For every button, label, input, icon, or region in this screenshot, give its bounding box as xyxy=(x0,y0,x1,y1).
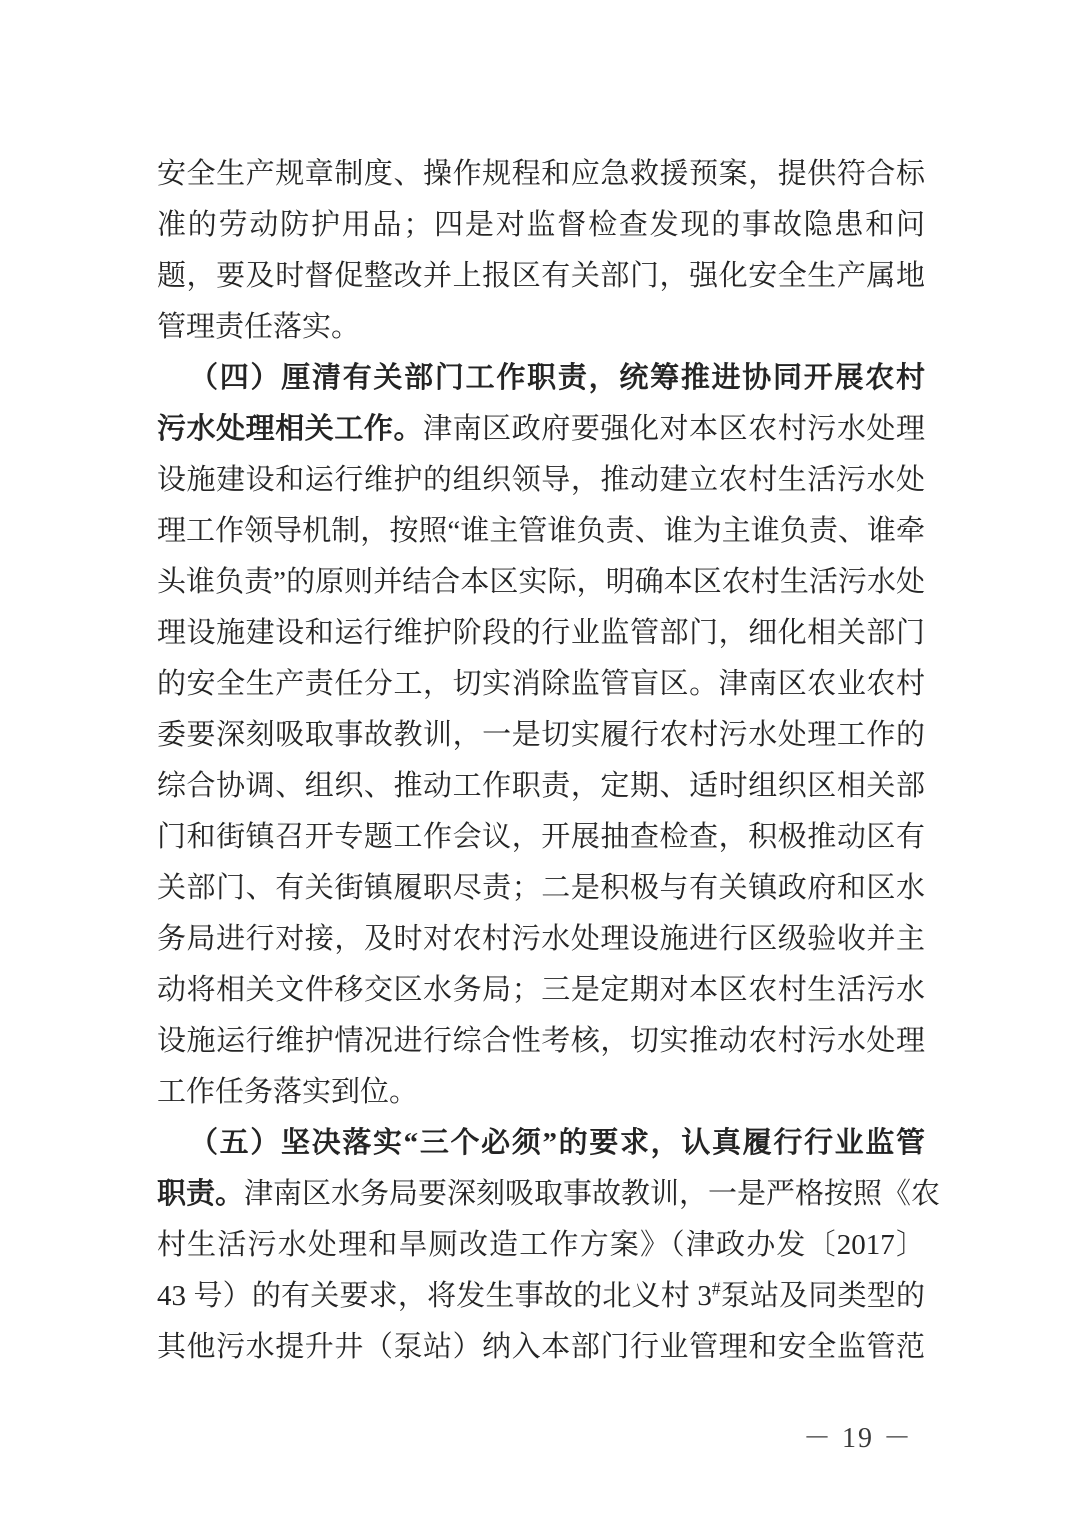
text-segment: 职责。 xyxy=(157,1178,244,1210)
text-line: 综合协调、组织、推动工作职责，定期、适时组织区相关部 xyxy=(157,761,925,812)
text-segment: （四）厘清有关部门工作职责，统筹推进协同开展农村 xyxy=(189,362,925,394)
text-line: 门和街镇召开专题工作会议，开展抽查检查，积极推动区有 xyxy=(157,812,925,863)
text-line: 职责。津南区水务局要深刻吸取事故教训，一是严格按照《农 xyxy=(157,1169,925,1220)
text-segment: 设施运行维护情况进行综合性考核，切实推动农村污水处理 xyxy=(157,1025,925,1057)
text-segment: 污水处理相关工作。 xyxy=(157,413,423,445)
text-line: 的安全生产责任分工，切实消除监管盲区。津南区农业农村 xyxy=(157,659,925,710)
document-body: 安全生产规章制度、操作规程和应急救援预案，提供符合标准的劳动防护用品；四是对监督… xyxy=(157,149,925,1373)
text-segment: 务局进行对接，及时对农村污水处理设施进行区级验收并主 xyxy=(157,923,925,955)
text-segment: 理工作领导机制，按照“谁主管谁负责、谁为主谁负责、谁牵 xyxy=(157,515,925,547)
text-line: 43 号）的有关要求，将发生事故的北义村 3#泵站及同类型的 xyxy=(157,1271,925,1322)
document-page: 安全生产规章制度、操作规程和应急救援预案，提供符合标准的劳动防护用品；四是对监督… xyxy=(0,0,1080,1527)
text-line: 务局进行对接，及时对农村污水处理设施进行区级验收并主 xyxy=(157,914,925,965)
text-segment: 津南区水务局要深刻吸取事故教训，一是严格按照《农 xyxy=(244,1178,940,1210)
text-line: 其他污水提升井（泵站）纳入本部门行业管理和安全监管范 xyxy=(157,1322,925,1373)
text-segment: 设施建设和运行维护的组织领导，推动建立农村生活污水处 xyxy=(157,464,925,496)
text-segment: 工作任务落实到位。 xyxy=(157,1076,418,1108)
text-segment: 安全生产规章制度、操作规程和应急救援预案，提供符合标 xyxy=(157,158,925,190)
text-segment: 关部门、有关街镇履职尽责；二是积极与有关镇政府和区水 xyxy=(157,872,925,904)
text-segment: 委要深刻吸取事故教训，一是切实履行农村污水处理工作的 xyxy=(157,719,925,751)
superscript-text: # xyxy=(712,1278,721,1298)
text-segment: 的安全生产责任分工，切实消除监管盲区。津南区农业农村 xyxy=(157,668,925,700)
text-segment: 动将相关文件移交区水务局；三是定期对本区农村生活污水 xyxy=(157,974,925,1006)
text-segment: 津南区政府要强化对本区农村污水处理 xyxy=(423,413,925,445)
text-segment: （五）坚决落实“三个必须”的要求，认真履行行业监管 xyxy=(189,1127,925,1159)
text-line: 题，要及时督促整改并上报区有关部门，强化安全生产属地 xyxy=(157,251,925,302)
text-segment: 综合协调、组织、推动工作职责，定期、适时组织区相关部 xyxy=(157,770,925,802)
text-segment: 题，要及时督促整改并上报区有关部门，强化安全生产属地 xyxy=(157,260,925,292)
text-line: 动将相关文件移交区水务局；三是定期对本区农村生活污水 xyxy=(157,965,925,1016)
text-segment: 门和街镇召开专题工作会议，开展抽查检查，积极推动区有 xyxy=(157,821,925,853)
text-line: 关部门、有关街镇履职尽责；二是积极与有关镇政府和区水 xyxy=(157,863,925,914)
text-line: 委要深刻吸取事故教训，一是切实履行农村污水处理工作的 xyxy=(157,710,925,761)
text-line: 设施运行维护情况进行综合性考核，切实推动农村污水处理 xyxy=(157,1016,925,1067)
text-segment: 43 号）的有关要求，将发生事故的北义村 3 xyxy=(157,1280,712,1312)
text-segment: 管理责任落实。 xyxy=(157,311,360,343)
text-line: （四）厘清有关部门工作职责，统筹推进协同开展农村 xyxy=(157,353,925,404)
text-segment: 理设施建设和运行维护阶段的行业监管部门，细化相关部门 xyxy=(157,617,925,649)
text-segment: 头谁负责”的原则并结合本区实际，明确本区农村生活污水处 xyxy=(157,566,925,598)
text-segment: 其他污水提升井（泵站）纳入本部门行业管理和安全监管范 xyxy=(157,1331,925,1363)
text-line: 管理责任落实。 xyxy=(157,302,925,353)
text-line: （五）坚决落实“三个必须”的要求，认真履行行业监管 xyxy=(157,1118,925,1169)
text-segment: 泵站及同类型的 xyxy=(721,1280,925,1312)
text-line: 理设施建设和运行维护阶段的行业监管部门，细化相关部门 xyxy=(157,608,925,659)
text-line: 准的劳动防护用品；四是对监督检查发现的事故隐患和问 xyxy=(157,200,925,251)
text-segment: 村生活污水处理和旱厕改造工作方案》（津政办发〔2017〕 xyxy=(157,1229,925,1261)
text-line: 工作任务落实到位。 xyxy=(157,1067,925,1118)
page-number: － 19 － xyxy=(758,1416,958,1456)
text-line: 村生活污水处理和旱厕改造工作方案》（津政办发〔2017〕 xyxy=(157,1220,925,1271)
text-line: 污水处理相关工作。津南区政府要强化对本区农村污水处理 xyxy=(157,404,925,455)
text-line: 安全生产规章制度、操作规程和应急救援预案，提供符合标 xyxy=(157,149,925,200)
text-line: 设施建设和运行维护的组织领导，推动建立农村生活污水处 xyxy=(157,455,925,506)
text-segment: 准的劳动防护用品；四是对监督检查发现的事故隐患和问 xyxy=(157,209,925,241)
text-line: 理工作领导机制，按照“谁主管谁负责、谁为主谁负责、谁牵 xyxy=(157,506,925,557)
text-line: 头谁负责”的原则并结合本区实际，明确本区农村生活污水处 xyxy=(157,557,925,608)
